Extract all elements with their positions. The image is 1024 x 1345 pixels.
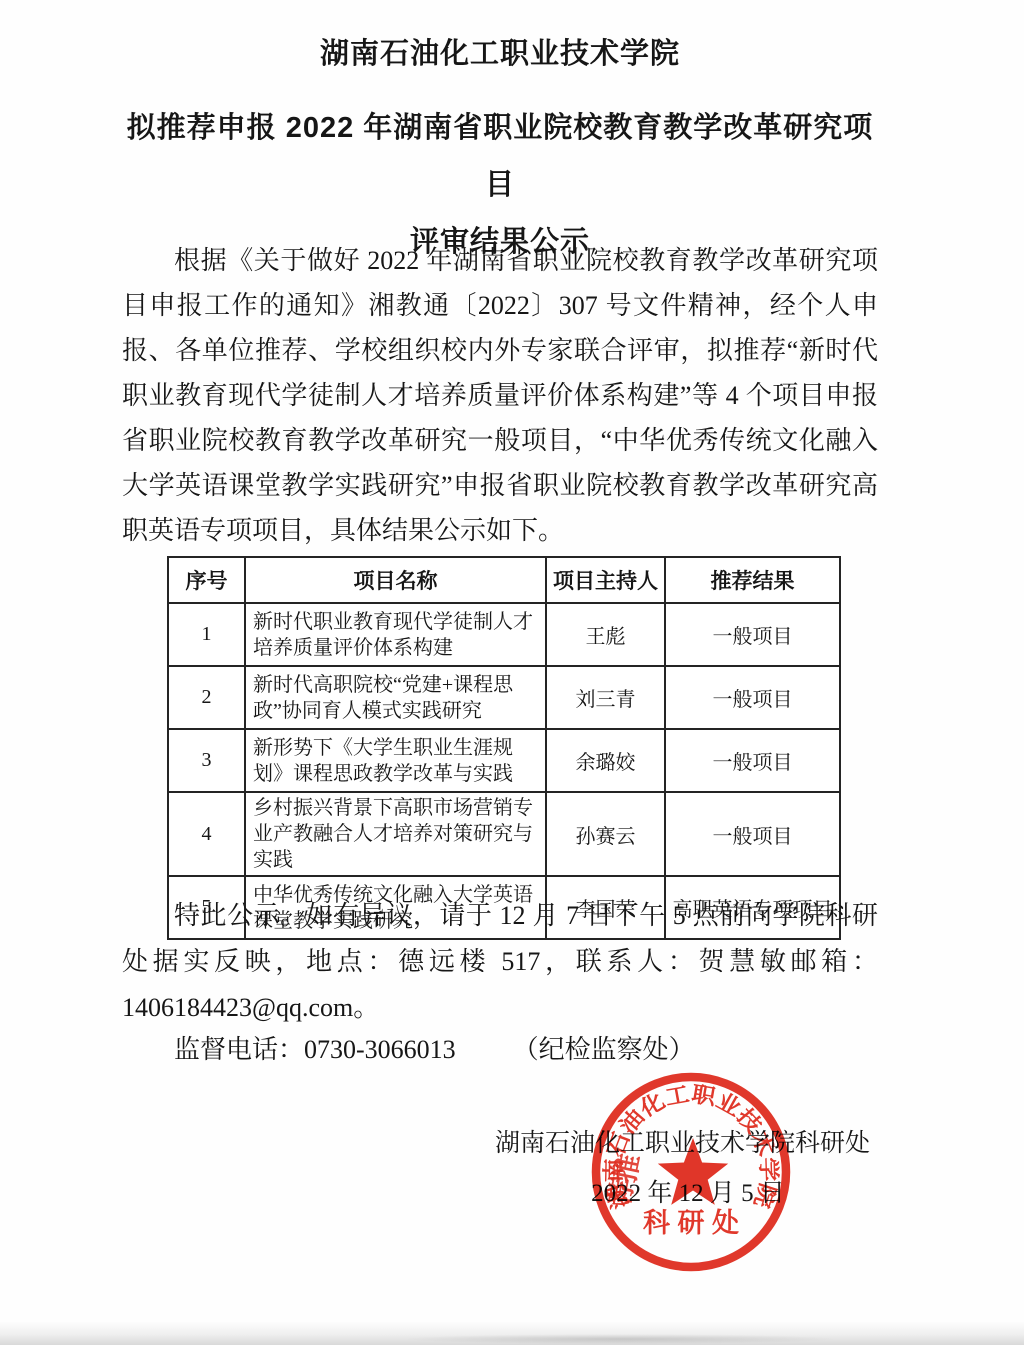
body-paragraph: 根据《关于做好 2022 年湖南省职业院校教育教学改革研究项目申报工作的通知》湘…	[122, 238, 878, 553]
cell-serial: 2	[168, 666, 245, 729]
cell-leader: 刘三青	[546, 666, 665, 729]
seal-star-icon	[658, 1138, 728, 1205]
cell-project-name: 新时代高职院校“党建+课程思政”协同育人模式实践研究	[245, 666, 546, 729]
table-row: 1 新时代职业教育现代学徒制人才培养质量评价体系构建 王彪 一般项目	[168, 603, 840, 666]
supervision-dept: （纪检监察处）	[513, 1035, 695, 1064]
seal-bottom-text: 科 研 处	[643, 1208, 739, 1238]
cell-result: 一般项目	[665, 666, 840, 729]
cell-serial: 4	[168, 792, 245, 876]
cell-project-name: 新形势下《大学生职业生涯规划》课程思政教学改革与实践	[245, 729, 546, 792]
table-row: 2 新时代高职院校“党建+课程思政”协同育人模式实践研究 刘三青 一般项目	[168, 666, 840, 729]
closing-paragraph: 特此公示。如有异议，请于 12 月 7 日下午 5 点前向学院科研处据实反映，地…	[122, 893, 878, 1031]
cell-leader: 王彪	[546, 603, 665, 666]
table-header-row: 序号 项目名称 项目主持人 推荐结果	[168, 557, 840, 603]
official-seal: 湖南石油化工职业技术学院 科 研 处 推 荐	[581, 1062, 801, 1282]
col-header-project-name: 项目名称	[245, 557, 546, 603]
doc-subtitle-line-1: 拟推荐申报 2022 年湖南省职业院校教育教学改革研究项目	[122, 100, 878, 214]
results-table: 序号 项目名称 项目主持人 推荐结果 1 新时代职业教育现代学徒制人才培养质量评…	[167, 556, 841, 940]
cell-result: 一般项目	[665, 603, 840, 666]
scan-smudge	[400, 1334, 840, 1344]
cell-project-name: 乡村振兴背景下高职市场营销专业产教融合人才培养对策研究与实践	[245, 792, 546, 876]
cell-result: 一般项目	[665, 729, 840, 792]
cell-serial: 3	[168, 729, 245, 792]
cell-serial: 1	[168, 603, 245, 666]
supervision-phone: 监督电话：0730-3066013	[174, 1035, 456, 1064]
document-page: 湖南石油化工职业技术学院 拟推荐申报 2022 年湖南省职业院校教育教学改革研究…	[0, 0, 1024, 1345]
col-header-leader: 项目主持人	[546, 557, 665, 603]
cell-project-name: 新时代职业教育现代学徒制人才培养质量评价体系构建	[245, 603, 546, 666]
cell-leader: 孙赛云	[546, 792, 665, 876]
table-row: 4 乡村振兴背景下高职市场营销专业产教融合人才培养对策研究与实践 孙赛云 一般项…	[168, 792, 840, 876]
cell-leader: 余璐姣	[546, 729, 665, 792]
col-header-result: 推荐结果	[665, 557, 840, 603]
table-row: 3 新形势下《大学生职业生涯规划》课程思政教学改革与实践 余璐姣 一般项目	[168, 729, 840, 792]
cell-result: 一般项目	[665, 792, 840, 876]
col-header-serial: 序号	[168, 557, 245, 603]
doc-title: 湖南石油化工职业技术学院	[122, 34, 878, 74]
